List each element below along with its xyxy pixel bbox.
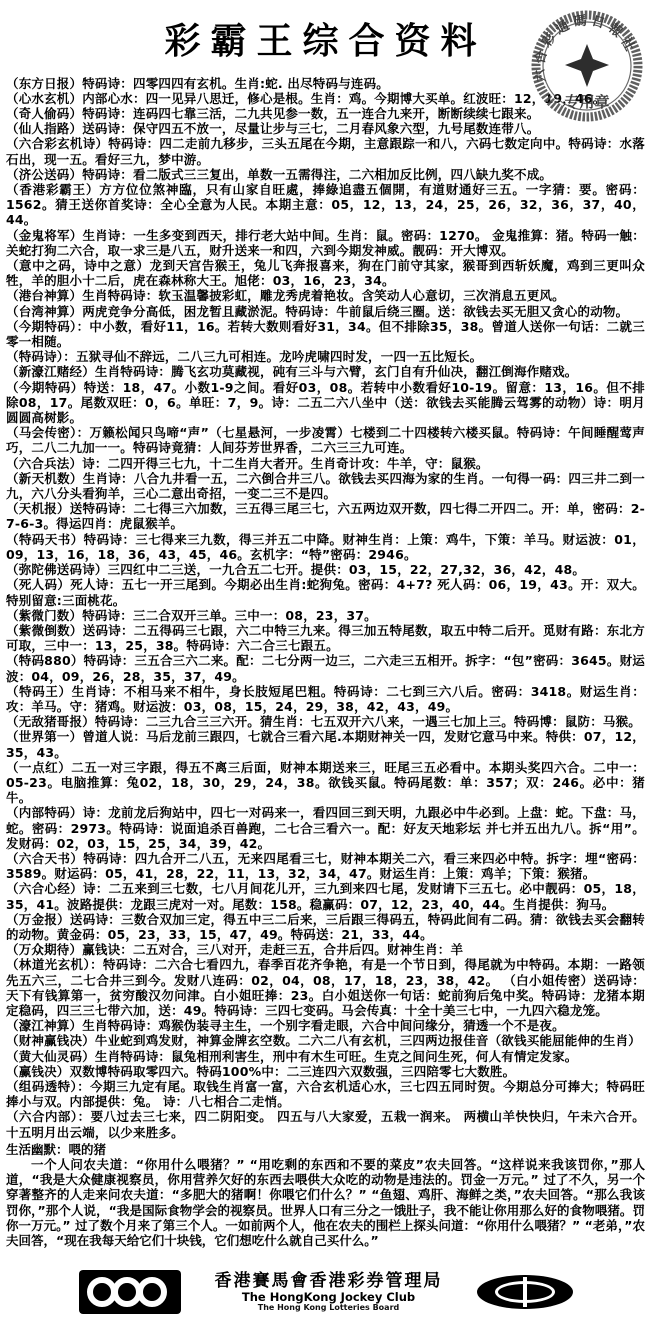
tip-line: （六合彩玄机诗）特码诗：四二走前九移步，三头五尾在今期，主意跟踪一和八，六码七数… bbox=[6, 136, 645, 166]
tip-line: （黄大仙灵码）生肖特码诗：鼠兔相刑利害生，刑中有木生可旺。生克之间问生死，何人有… bbox=[6, 1049, 645, 1064]
tip-line: （无敌猪哥报）特码诗：二三九合三三六开。猜生肖：七五双开六八来，一遇三七加上三。… bbox=[6, 714, 645, 729]
stamp-label: 专用章 bbox=[564, 93, 609, 111]
tip-line: （濠江神算）生肖特码诗：鸡猴伪装寻主生，一个别字看走眼，六合中间问缘分，猜透一个… bbox=[6, 1018, 645, 1033]
tip-line: （港台神算）生肖特码诗：软玉温馨披彩虹，雕龙秀虎着艳妆。含笑动人心意切，三次消息… bbox=[6, 288, 645, 303]
tip-line: （特码王）生肖诗：不相马来不相牛，身长肢短尾巴粗。特码诗：二七到三六八后。密码：… bbox=[6, 684, 645, 714]
tip-line: （六合内部）：要八过去三七来，四二阴阳变。 四五与八大家爱，五栽一润来。 两横山… bbox=[6, 1109, 645, 1139]
tip-line: （六合兵法）诗：二四开得三七九，十二生肖大者开。生肖奇计攻：牛羊，守：鼠猴。 bbox=[6, 456, 645, 471]
tip-line: （六合天书）特码诗：四九合开二八五，无来四尾看三七，财神本期关二六，看三来四必中… bbox=[6, 851, 645, 881]
tip-line: （财神赢钱决）牛业蛇到鸡发财，神算金牌玄空数。二六二八有玄机，三四两边报佳音（欲… bbox=[6, 1033, 645, 1048]
tip-line: （济公送码）特码诗：看二版式三三复出，单数一五需得注，二六相加反比例，四八缺九奖… bbox=[6, 167, 645, 182]
jockey-club-name-cn: 香港賽馬會香港彩券管理局 bbox=[215, 1272, 443, 1291]
tip-line: （万金报）送码诗：三数合双加三定，得五中三二后来，三后跟三得码五，特码此间有二码… bbox=[6, 912, 645, 942]
tip-line: （台湾神算）两虎竞争分高低，困龙暂且藏淤泥。特码诗：牛前鼠后绕三圈。送：欲钱去买… bbox=[6, 304, 645, 319]
document-page: 彩霸王综合资料 六合彩通碼日報社 专用章 （东方日报）特码诗：四零四四有玄机。生… bbox=[0, 0, 651, 1328]
tip-line: （今期特码）特送：18，47。小数1-9之间。看好03，08。若转中小数看好10… bbox=[6, 380, 645, 426]
tip-line: （特码880）特码诗：三五合三六二来。配：二七分两一边三，二六走三五相开。拆字：… bbox=[6, 653, 645, 683]
tip-line: （新濠江赌经）生肖特码诗：腾飞玄功莫藏视，砘有三斗与六臂，玄门自有升仙决，翻江倒… bbox=[6, 364, 645, 379]
tip-line: （天机报）送特码诗：二七得三六加数，三五得三尾三七，六五两边双开数，四七得二开四… bbox=[6, 501, 645, 531]
tip-line: （紫微门数）特码诗：三二合双开三单。三中一：08，23，37。 bbox=[6, 608, 645, 623]
tip-line: （六合心经）诗：二五来到三七数，七八月间花儿开，三九到来四七尾，发财请下三五七。… bbox=[6, 881, 645, 911]
humor-section: 生活幽默：喂的猪 一个人问农夫道：“你用什么喂猪？” “用吃剩的东西和不要的菜皮… bbox=[6, 1142, 645, 1248]
humor-story: 一个人问农夫道：“你用什么喂猪？” “用吃剩的东西和不要的菜皮”农夫回答。“这样… bbox=[6, 1157, 645, 1248]
tip-line: （特码诗）：五狱寻仙不辞远，二八三九可相连。龙吟虎啸四时发，一四一五比短长。 bbox=[6, 349, 645, 364]
tips-body: （东方日报）特码诗：四零四四有玄机。生肖:蛇. 出尽特码与连码。 （心水玄机）内… bbox=[6, 76, 645, 1140]
tip-line: （今期特码）：中小数，看好11，16。若转大数则看好31，34。但不排除35，3… bbox=[6, 319, 645, 349]
tip-line: （万众期待）赢钱诀：二五对合，三八对开，走赶三五，合井后四。财神生肖：羊 bbox=[6, 942, 645, 957]
star-icon bbox=[565, 44, 609, 87]
seal-stamp: 六合彩通碼日報社 专用章 bbox=[525, 8, 649, 128]
tip-line: （紫微倒数）送码诗：二五得码三七跟，六二中特三九来。得三加五特尾数，取五中特二后… bbox=[6, 623, 645, 653]
tip-line: （内部特码）诗：龙前龙后狗站中，四七一对码来一，看四回三到天明，九跟必中牛必到。… bbox=[6, 805, 645, 851]
tip-line: （金鬼将军）生肖诗：一生多变到西天，排行老大站中间。生肖：鼠。密码：1270。 … bbox=[6, 228, 645, 258]
jockey-club-name-en: The HongKong Jockey Club bbox=[215, 1291, 443, 1303]
tip-line: （林道光玄机）：特码诗：二六合七看四九，春季百花齐争艳，有是一个节日到，得尾就为… bbox=[6, 957, 645, 1018]
tip-line: （一点红）二五一对三字跟，得五不离三后面，财神本期送来三，旺尾三五必看中。本期头… bbox=[6, 760, 645, 806]
tip-line: （马会传密）：万籁松闻只鸟啼“声”（七星悬河，一步凌霄）七楼到二十四楼转六楼买鼠… bbox=[6, 425, 645, 455]
tip-line: （世界第一）曾道人说：马后龙前三跟四，七就合三看六尾.本期财神关一四，发财它意马… bbox=[6, 729, 645, 759]
humor-heading: 生活幽默：喂的猪 bbox=[6, 1142, 645, 1157]
tip-line: （新天机数）生肖诗：八合九井看一五，二六倒合井三八。欲钱去买四海为家的生肖。一句… bbox=[6, 471, 645, 501]
tip-line: （组码透特）：今期三九定有尾。取钱生肖富一富，六合玄机适心水，三七四五同时贺。今… bbox=[6, 1079, 645, 1109]
jockey-club-logo-icon bbox=[477, 1275, 573, 1309]
lotteries-board-name-en: The Hong Kong Lotteries Board bbox=[215, 1303, 443, 1313]
seal-stamp-graphic: 六合彩通碼日報社 专用章 bbox=[525, 8, 649, 128]
tip-line: （赢钱决）双数博特码取零四六。特码100%中：二三连四六双数强，三四陪零七大数胜… bbox=[6, 1064, 645, 1079]
tip-line: （弥陀佛送码诗）三四红中二三送，一九合五二七开。提供：03，15，22，27,3… bbox=[6, 562, 645, 577]
footer: 香港賽馬會香港彩券管理局 The HongKong Jockey Club Th… bbox=[6, 1270, 645, 1328]
footer-text: 香港賽馬會香港彩券管理局 The HongKong Jockey Club Th… bbox=[215, 1272, 443, 1312]
tip-line: （香港彩霸王）方方位位煞神臨，只有山家自旺處，捧綠追盡五個開，有道财通好三五。一… bbox=[6, 182, 645, 228]
lotteries-board-logo-icon bbox=[79, 1270, 181, 1314]
tip-line: （意中之码，诗中之意）龙到天宫告猴王，兔儿飞奔报喜来，狗在门前守其家，猴哥到西斩… bbox=[6, 258, 645, 288]
tip-line: （死人码）死人诗：五七一开三尾到。今期必出生肖:蛇狗兔。密码：4+7? 死人码：… bbox=[6, 577, 645, 607]
tip-line: （特码天书）特码诗：三七得来三九数，得三并五二中降。财神生肖：上策：鸡牛，下策：… bbox=[6, 532, 645, 562]
